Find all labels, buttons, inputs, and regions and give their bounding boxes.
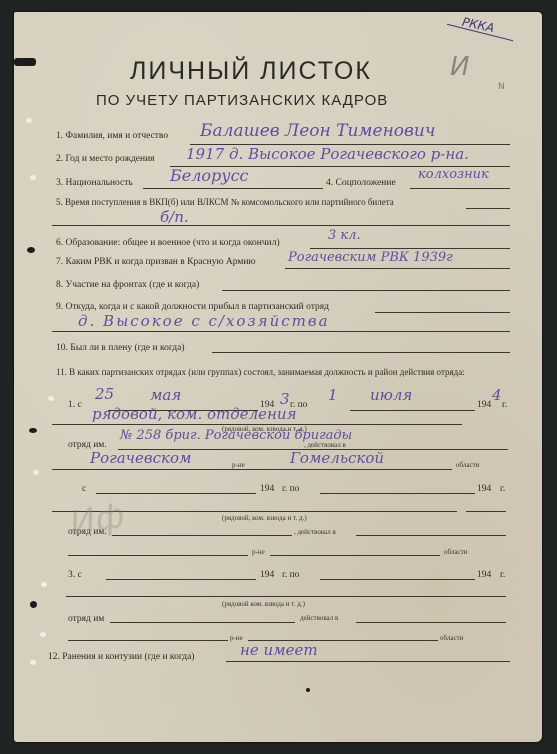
punch-hole — [26, 118, 32, 123]
field-3-value: Белорусс — [170, 166, 249, 185]
service-2-region-line — [270, 555, 440, 556]
service-1-district-label: р-не — [232, 461, 245, 469]
binding-clip — [14, 58, 36, 66]
service-2-position-hint: (рядовой, ком. взвода и т. д.) — [222, 514, 307, 522]
service-3-position-line — [66, 596, 506, 597]
service-3-unit-label: отряд им — [68, 614, 104, 624]
punch-hole — [30, 660, 36, 665]
punch-hole — [29, 428, 37, 433]
service-2-from-year: 194 — [260, 484, 274, 494]
service-1-to-day: 1 — [328, 386, 338, 404]
field-10-label: 10. Был ли в плену (где и когда) — [56, 343, 185, 353]
service-3-from-year: 194 — [260, 570, 274, 580]
punch-hole — [27, 247, 35, 253]
field-5-line-a — [466, 208, 510, 209]
service-1-from-day: 25 — [95, 385, 114, 403]
service-1-region-label: области — [456, 461, 479, 469]
service-3-to-label: г. по — [282, 570, 299, 580]
service-1-to-year: 194 — [477, 400, 491, 410]
field-4-line — [410, 188, 510, 189]
service-2-acted-line — [356, 535, 506, 536]
service-1-district-line — [52, 469, 452, 470]
field-3-label: 3. Национальность — [56, 178, 133, 188]
service-1-district: Рогачевском — [90, 449, 191, 467]
field-4-label: 4. Соцположение — [326, 178, 396, 188]
field-9-label: 9. Откуда, когда и с какой должности при… — [56, 302, 329, 312]
field-12-value: не имеет — [240, 641, 318, 659]
field-6-line — [310, 248, 510, 249]
service-2-region-label: области — [444, 548, 467, 556]
pencil-mark: И — [450, 52, 469, 82]
service-2-to-year: 194 — [477, 484, 491, 494]
field-7-value: Рогачевским РВК 1939г — [288, 250, 453, 265]
field-4-value: колхозник — [418, 167, 489, 182]
service-3-region-label: области — [440, 634, 463, 642]
punch-hole — [30, 175, 36, 180]
field-5-value: б/п. — [160, 208, 189, 226]
service-1-acted-label: , действовал в — [304, 441, 346, 449]
service-2-district-line — [68, 555, 248, 556]
service-1-from-month: мая — [150, 386, 181, 404]
field-1-label: 1. Фамилия, имя и отчество — [56, 131, 168, 141]
service-1-to-month: июля — [370, 386, 412, 404]
field-5-line-b — [52, 225, 510, 226]
field-10-line — [212, 352, 510, 353]
punch-hole — [33, 470, 39, 475]
field-12-line — [226, 661, 510, 662]
service-2-acted-label: , действовал в — [294, 528, 336, 536]
document-subtitle: ПО УЧЕТУ ПАРТИЗАНСКИХ КАДРОВ — [96, 92, 388, 109]
field-9-line-b — [52, 331, 510, 332]
service-3-to-year: 194 — [477, 570, 491, 580]
punch-hole — [48, 396, 54, 401]
service-2-num: с — [82, 484, 86, 494]
service-2-district-label: р-не — [252, 548, 265, 556]
service-3-to-line — [320, 579, 475, 580]
field-9-line-a — [375, 312, 510, 313]
document-title: ЛИЧНЫЙ ЛИСТОК — [130, 57, 372, 86]
service-1-to-year-suffix: 4 — [492, 386, 502, 404]
service-3-district-line — [68, 640, 228, 641]
pencil-mark-small: N — [498, 82, 505, 92]
service-3-num: 3. с — [68, 570, 82, 580]
field-2-value: 1917 д. Высокое Рогачевского р-на. — [186, 145, 469, 163]
service-3-from-line — [106, 579, 256, 580]
punch-hole — [41, 582, 47, 587]
service-3-acted-line — [356, 622, 506, 623]
field-11-label: 11. В каких партизанских отрядах (или гр… — [56, 365, 511, 379]
field-1-value: Балашев Леон Тименович — [200, 121, 435, 141]
field-7-line — [285, 268, 510, 269]
service-3-acted-label: действовал в — [300, 614, 338, 622]
field-3-line — [143, 188, 323, 189]
service-1-position: рядовой, ком. отделения — [92, 405, 297, 423]
ink-dot — [306, 688, 310, 692]
service-1-region: Гомельской — [290, 449, 384, 467]
field-12-label: 12. Ранения и контузии (где и когда) — [48, 652, 194, 662]
service-2-position-line-b — [466, 511, 506, 512]
service-2-to-label: г. по — [282, 484, 299, 494]
service-3-year-end: г. — [500, 570, 505, 580]
field-8-label: 8. Участие на фронтах (где и когда) — [56, 280, 199, 290]
field-9-value: д. Высокое с с/хозяйства — [78, 312, 330, 330]
punch-hole — [40, 632, 46, 637]
field-5-label: 5. Время поступления в ВКП(б) или ВЛКСМ … — [56, 197, 394, 207]
service-1-num: 1. с — [68, 400, 82, 410]
field-8-line — [222, 290, 510, 291]
service-2-to-line — [320, 493, 475, 494]
service-1-year-end: г. — [502, 400, 507, 410]
field-6-label: 6. Образование: общее и военное (что и к… — [56, 238, 280, 248]
service-1-to-line — [350, 410, 475, 411]
service-2-unit-line — [112, 535, 292, 536]
service-2-from-line — [96, 493, 256, 494]
service-2-year-end: г. — [500, 484, 505, 494]
punch-hole — [30, 601, 37, 608]
field-2-label: 2. Год и место рождения — [56, 154, 155, 164]
service-3-position-hint: (рядовой ком. взвода и т. д.) — [222, 600, 305, 608]
field-6-value: 3 кл. — [328, 228, 361, 243]
service-3-unit-line — [110, 622, 295, 623]
field-7-label: 7. Каким РВК и когда призван в Красную А… — [56, 257, 256, 267]
